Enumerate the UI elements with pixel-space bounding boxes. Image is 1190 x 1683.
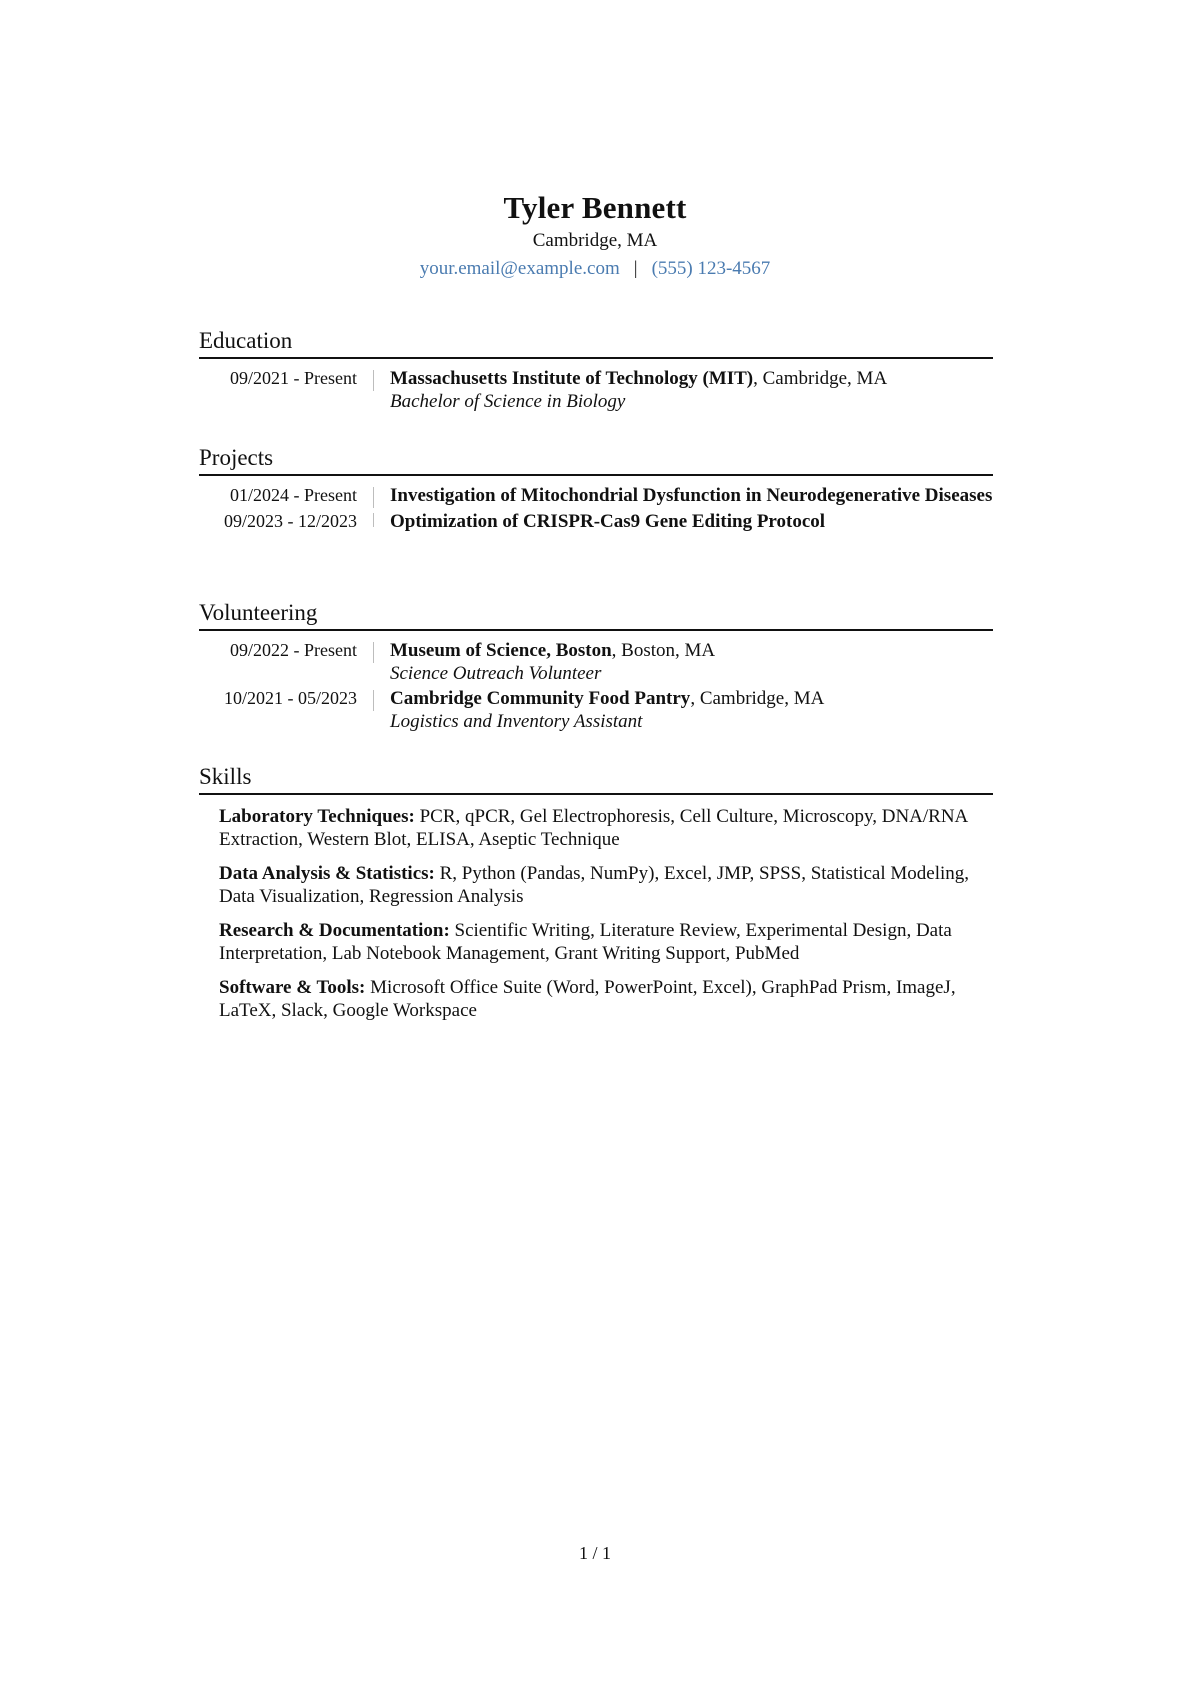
project-entry: 01/2024 - Present Investigation of Mitoc…: [199, 484, 993, 508]
organization-location: , Cambridge, MA: [690, 688, 824, 709]
skill-item: Data Analysis & Statistics: R, Python (P…: [219, 862, 997, 908]
resume-page: Tyler Bennett Cambridge, MA your.email@e…: [0, 0, 1190, 1683]
organization-name: Museum of Science, Boston: [390, 640, 612, 661]
section-title: Skills: [199, 763, 993, 795]
email-link[interactable]: your.email@example.com: [420, 258, 620, 279]
volunteer-role: Science Outreach Volunteer: [390, 662, 993, 685]
section-title: Volunteering: [199, 599, 993, 631]
skill-item: Software & Tools: Microsoft Office Suite…: [219, 976, 997, 1022]
volunteer-role: Logistics and Inventory Assistant: [390, 710, 993, 733]
entry-date: 10/2021 - 05/2023: [199, 687, 373, 710]
organization-location: , Boston, MA: [612, 640, 715, 661]
contact-separator: |: [634, 258, 638, 279]
degree: Bachelor of Science in Biology: [390, 390, 993, 413]
institution-location: , Cambridge, MA: [753, 368, 887, 389]
skill-label: Laboratory Techniques:: [219, 806, 415, 827]
section-title: Projects: [199, 444, 993, 476]
institution-name: Massachusetts Institute of Technology (M…: [390, 368, 753, 389]
volunteer-entry: 10/2021 - 05/2023 Cambridge Community Fo…: [199, 687, 993, 733]
entry-date: 01/2024 - Present: [199, 484, 373, 507]
resume-header: Tyler Bennett Cambridge, MA your.email@e…: [0, 190, 1190, 283]
entry-date: 09/2023 - 12/2023: [199, 510, 373, 533]
phone-link[interactable]: (555) 123-4567: [652, 258, 771, 279]
skill-item: Research & Documentation: Scientific Wri…: [219, 919, 997, 965]
skill-label: Research & Documentation:: [219, 920, 450, 941]
entry-date: 09/2022 - Present: [199, 639, 373, 662]
education-section: Education 09/2021 - Present Massachusett…: [199, 327, 993, 413]
skill-label: Data Analysis & Statistics:: [219, 863, 435, 884]
contact-line: your.email@example.com|(555) 123-4567: [0, 255, 1190, 283]
skill-item: Laboratory Techniques: PCR, qPCR, Gel El…: [219, 805, 997, 851]
volunteering-section: Volunteering 09/2022 - Present Museum of…: [199, 599, 993, 733]
project-title: Investigation of Mitochondrial Dysfuncti…: [390, 485, 992, 506]
section-title: Education: [199, 327, 993, 359]
project-title: Optimization of CRISPR-Cas9 Gene Editing…: [390, 511, 825, 532]
candidate-location: Cambridge, MA: [0, 227, 1190, 255]
project-entry: 09/2023 - 12/2023 Optimization of CRISPR…: [199, 510, 993, 533]
organization-name: Cambridge Community Food Pantry: [390, 688, 690, 709]
skill-label: Software & Tools:: [219, 977, 365, 998]
education-entry: 09/2021 - Present Massachusetts Institut…: [199, 367, 993, 413]
page-number: 1 / 1: [0, 1543, 1190, 1564]
projects-section: Projects 01/2024 - Present Investigation…: [199, 444, 993, 533]
entry-date: 09/2021 - Present: [199, 367, 373, 390]
candidate-name: Tyler Bennett: [0, 190, 1190, 226]
skills-section: Skills Laboratory Techniques: PCR, qPCR,…: [199, 763, 993, 1033]
volunteer-entry: 09/2022 - Present Museum of Science, Bos…: [199, 639, 993, 685]
